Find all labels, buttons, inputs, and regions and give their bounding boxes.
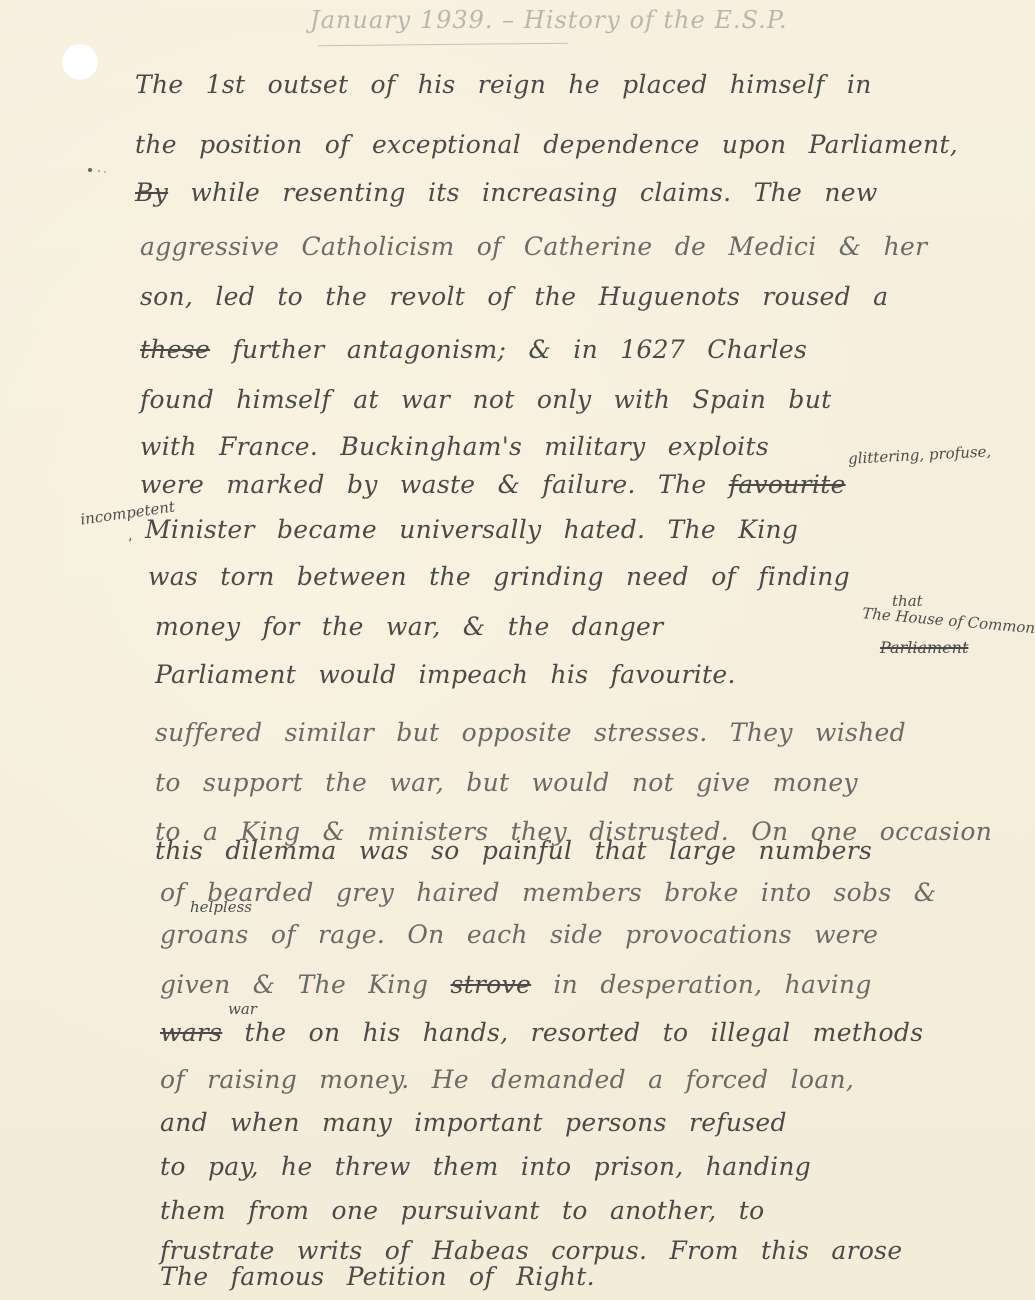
manuscript-line: this dilemma was so painful that large n… <box>155 836 872 865</box>
ink-speck <box>104 171 106 173</box>
line-text: further antagonism; & in 1627 Charles <box>232 335 807 364</box>
manuscript-line: them from one pursuivant to another, to <box>160 1196 764 1225</box>
manuscript-line: of bearded grey haired members broke int… <box>160 878 936 907</box>
manuscript-line: to support the war, but would not give m… <box>155 768 858 797</box>
struck-word: By <box>135 178 168 207</box>
manuscript-line: The 1st outset of his reign he placed hi… <box>135 70 872 99</box>
manuscript-line: given & The King strove in desperation, … <box>160 970 872 999</box>
line-text: were marked by waste & failure. The <box>140 470 707 499</box>
manuscript-line: Parliament would impeach his favourite. <box>155 660 736 689</box>
manuscript-line: were marked by waste & failure. The favo… <box>140 470 846 499</box>
struck-word: favourite <box>729 470 846 499</box>
struck-word: these <box>140 335 210 364</box>
header-underline <box>318 43 568 47</box>
ink-speck <box>88 168 92 172</box>
manuscript-line: and when many important persons refused <box>160 1108 787 1137</box>
struck-word: wars <box>160 1018 222 1047</box>
manuscript-line: the position of exceptional dependence u… <box>135 130 958 159</box>
ink-speck <box>98 170 100 172</box>
line-text: Parliament would impeach his favourite. <box>155 660 736 689</box>
insertion-house-of-commons: The House of Commons <box>862 604 1035 638</box>
manuscript-line: found himself at war not only with Spain… <box>140 385 831 414</box>
manuscript-line: with France. Buckingham's military explo… <box>140 432 769 461</box>
manuscript-line: to pay, he threw them into prison, handi… <box>160 1152 811 1181</box>
line-text: the on his hands, resorted to illegal me… <box>245 1018 924 1047</box>
manuscript-line: of raising money. He demanded a forced l… <box>160 1065 854 1094</box>
insertion-glittering-profuse: glittering, profuse, <box>848 442 992 467</box>
manuscript-line: was torn between the grinding need of fi… <box>148 562 850 591</box>
struck-word: strove <box>451 970 532 999</box>
manuscript-line: groans of rage. On each side provocation… <box>160 920 878 949</box>
insertion-helpless: helpless <box>190 898 252 916</box>
manuscript-line: these further antagonism; & in 1627 Char… <box>140 335 807 364</box>
line-text-tail: in desperation, having <box>553 970 871 999</box>
line-text: given & The King <box>160 970 428 999</box>
punch-hole <box>62 44 98 80</box>
struck-word: Parliament <box>880 638 968 657</box>
manuscript-line: frustrate writs of Habeas corpus. From t… <box>160 1236 902 1265</box>
manuscript-line: By while resenting its increasing claims… <box>135 178 878 207</box>
manuscript-line: money for the war, & the danger <box>155 612 663 641</box>
manuscript-line: son, led to the revolt of the Huguenots … <box>140 282 888 311</box>
manuscript-line: wars the on his hands, resorted to illeg… <box>160 1018 923 1047</box>
insertion-war: war <box>228 1000 257 1018</box>
manuscript-line: aggressive Catholicism of Catherine de M… <box>140 232 927 261</box>
manuscript-page: January 1939. – History of the E.S.P. Th… <box>0 0 1035 1300</box>
manuscript-line: suffered similar but opposite stresses. … <box>155 718 906 747</box>
manuscript-line: The famous Petition of Right. <box>160 1262 595 1291</box>
insertion-caret: ‚ <box>128 528 132 544</box>
header-note: January 1939. – History of the E.S.P. <box>310 6 788 34</box>
manuscript-line: Minister became universally hated. The K… <box>145 515 798 544</box>
line-text: while resenting its increasing claims. T… <box>190 178 877 207</box>
